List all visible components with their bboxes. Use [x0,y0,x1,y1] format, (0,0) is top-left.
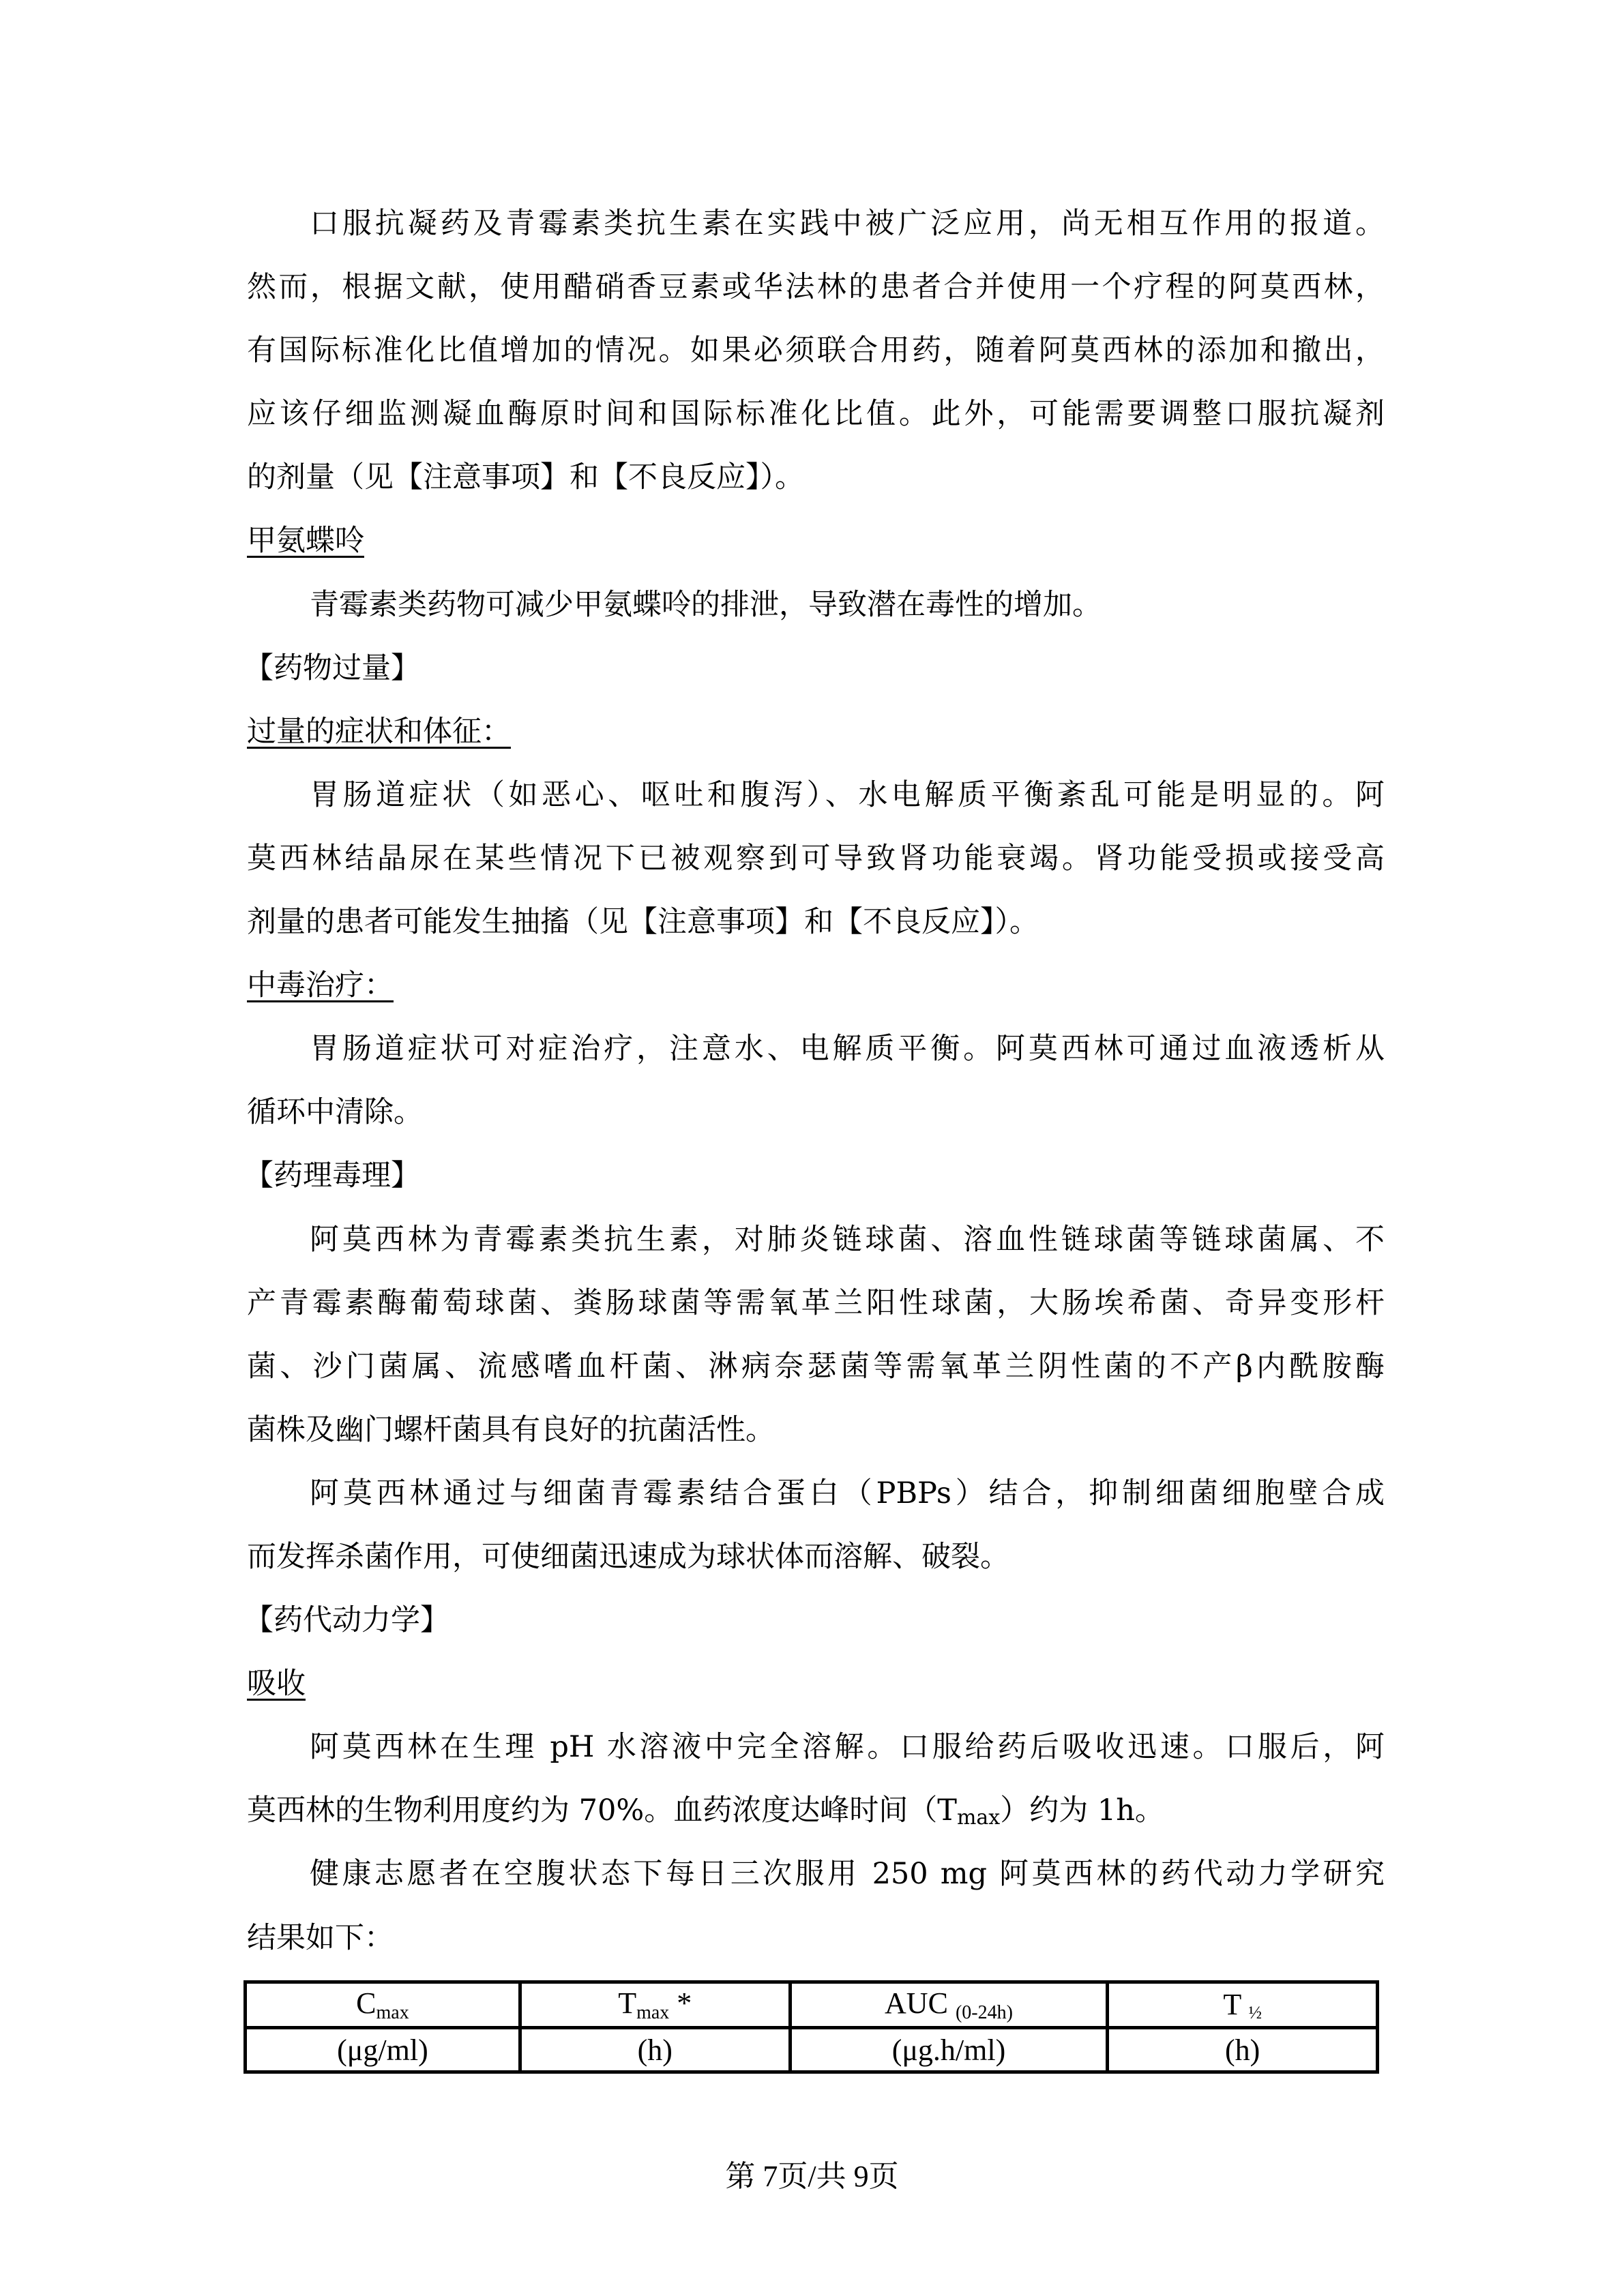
table-units-row: (μg/ml) (h) (μg.h/ml) (h) [246,2028,1378,2072]
subheading-text: 吸收 [247,1667,306,1701]
header-cmax: Cmax [246,1982,520,2028]
header-tmax: Tmax * [520,1982,790,2028]
subheading-treatment: 中毒治疗： [247,954,1385,1017]
paragraph-line: 产青霉素酶葡萄球菌、粪肠球菌等需氧革兰阳性球菌，大肠埃希菌、奇异变形杆 [247,1272,1385,1335]
paragraph-line: 青霉素类药物可减少甲氨蝶呤的排泄，导致潜在毒性的增加。 [247,573,1385,637]
paragraph-line: 菌、沙门菌属、流感嗜血杆菌、淋病奈瑟菌等需氧革兰阴性菌的不产β内酰胺酶 [247,1335,1385,1399]
paragraph-line: 阿莫西林在生理 pH 水溶液中完全溶解。口服给药后吸收迅速。口服后，阿 [247,1716,1385,1779]
section-heading-pharmacokinetics: 【药代动力学】 [244,1589,1385,1652]
table-header-row: Cmax Tmax * AUC (0-24h) T ½ [246,1982,1378,2028]
paragraph-line: 莫西林结晶尿在某些情况下已被观察到可导致肾功能衰竭。肾功能受损或接受高 [247,827,1385,891]
page-number-footer: 第 7页/共 9页 [0,2151,1624,2195]
paragraph-line: 剂量的患者可能发生抽搐（见【注意事项】和【不良反应】）。 [247,891,1385,954]
subheading-methotrexate: 甲氨蝶呤 [247,509,1385,573]
section-heading-pharmacology: 【药理毒理】 [244,1144,1385,1208]
paragraph-line: 然而，根据文献，使用醋硝香豆素或华法林的患者合并使用一个疗程的阿莫西林， [247,256,1385,319]
paragraph-line: 循环中清除。 [247,1081,1385,1144]
paragraph-line: 胃肠道症状（如恶心、呕吐和腹泻）、水电解质平衡紊乱可能是明显的。阿 [247,764,1385,827]
subheading-symptoms: 过量的症状和体征： [247,700,1385,764]
text-segment: 莫西林的生物利用度约为 70%。血药浓度达峰时间（T [247,1793,957,1828]
subheading-text: 过量的症状和体征： [247,715,511,749]
unit-cell: (h) [520,2028,790,2072]
paragraph-line: 菌株及幽门螺杆菌具有良好的抗菌活性。 [247,1399,1385,1462]
pharmacokinetics-table: Cmax Tmax * AUC (0-24h) T ½ (μg/ml) (h) … [243,1980,1379,2074]
paragraph-line: 而发挥杀菌作用，可使细菌迅速成为球状体而溶解、破裂。 [247,1525,1385,1589]
text-segment: ）约为 1h。 [1000,1793,1164,1828]
subheading-text: 甲氨蝶呤 [247,524,364,558]
paragraph-line: 结果如下： [247,1907,1385,1970]
section-heading-overdose: 【药物过量】 [244,637,1385,700]
paragraph-line: 有国际标准化比值增加的情况。如果必须联合用药，随着阿莫西林的添加和撤出， [247,319,1385,383]
document-body: 口服抗凝药及青霉素类抗生素在实践中被广泛应用，尚无相互作用的报道。 然而，根据文… [247,192,1385,1970]
unit-cell: (μg/ml) [246,2028,520,2072]
header-half-life: T ½ [1108,1982,1378,2028]
header-auc: AUC (0-24h) [790,1982,1108,2028]
subscript: max [957,1806,1000,1830]
paragraph-line: 应该仔细监测凝血酶原时间和国际标准化比值。此外，可能需要调整口服抗凝剂 [247,383,1385,446]
unit-cell: (h) [1108,2028,1378,2072]
paragraph-line: 口服抗凝药及青霉素类抗生素在实践中被广泛应用，尚无相互作用的报道。 [247,192,1385,256]
paragraph-line: 阿莫西林为青霉素类抗生素，对肺炎链球菌、溶血性链球菌等链球菌属、不 [247,1208,1385,1272]
unit-cell: (μg.h/ml) [790,2028,1108,2072]
paragraph-line: 的剂量（见【注意事项】和【不良反应】）。 [247,446,1385,509]
paragraph-line: 胃肠道症状可对症治疗，注意水、电解质平衡。阿莫西林可通过血液透析从 [247,1017,1385,1081]
subheading-text: 中毒治疗： [247,968,394,1002]
paragraph-line: 健康志愿者在空腹状态下每日三次服用 250 mg 阿莫西林的药代动力学研究 [247,1843,1385,1906]
paragraph-line: 阿莫西林通过与细菌青霉素结合蛋白（PBPs）结合，抑制细菌细胞壁合成 [247,1462,1385,1525]
subheading-absorption: 吸收 [247,1652,1385,1716]
paragraph-line: 莫西林的生物利用度约为 70%。血药浓度达峰时间（Tmax）约为 1h。 [247,1779,1385,1843]
